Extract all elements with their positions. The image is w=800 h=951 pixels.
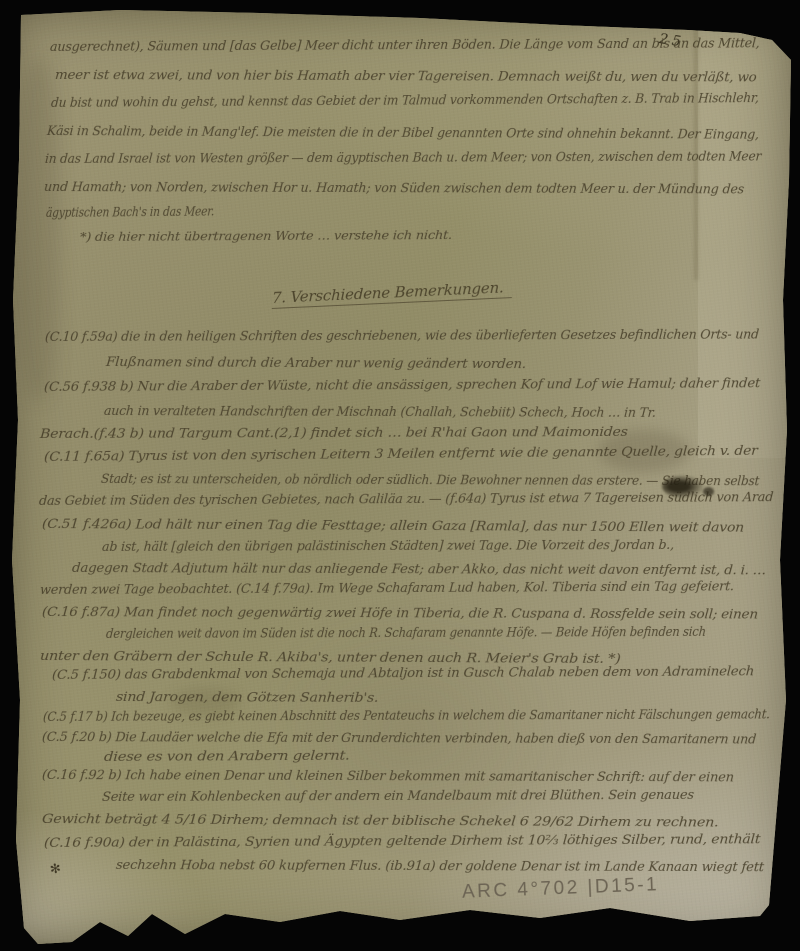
- manuscript-line: sind Jarogen, dem Götzen Sanherib's.: [115, 690, 401, 706]
- manuscript-line: Seite war ein Kohlenbecken auf der ander…: [102, 788, 694, 805]
- manuscript-line: Flußnamen sind durch die Araber nur weni…: [105, 355, 543, 372]
- manuscript-line: (C.16 f.92 b) Ich habe einen Denar und k…: [41, 768, 735, 785]
- manuscript-line: (C.5 f.17 b) Ich bezeuge, es giebt keine…: [43, 708, 703, 725]
- manuscript-line: Berach.(f.43 b) und Targum Cant.(2,1) fi…: [40, 425, 679, 442]
- manuscript-line: und Hamath; von Norden, zwischen Hor u. …: [43, 180, 706, 197]
- manuscript-line: das Gebiet im Süden des tyrischen Gebiet…: [39, 490, 761, 509]
- manuscript-line: ab ist, hält [gleich den übrigen palästi…: [102, 538, 658, 555]
- manuscript-line: du bist und wohin du gehst, und kennst d…: [51, 92, 694, 111]
- manuscript-line: (C.10 f.59a) die in den heiligen Schrift…: [45, 328, 737, 345]
- footnote-line: *) die hier nicht übertragenen Worte … v…: [80, 228, 476, 244]
- manuscript-line: (C.5 f.150) das Grabdenkmal von Schemaja…: [52, 664, 770, 683]
- manuscript-line: (C.56 f.938 b) Nur die Araber der Wüste,…: [44, 376, 776, 395]
- manuscript-line: dagegen Stadt Adjutum hält nur das anlie…: [71, 561, 785, 578]
- manuscript-line: Stadt; es ist zu unterscheiden, ob nördl…: [100, 472, 711, 489]
- catchword-mark: ✻: [49, 861, 62, 877]
- manuscript-line: Käsi in Schalim, beide in Mang'lef. Die …: [46, 124, 707, 142]
- manuscript-page: 25 ausgerechnet), Säumen und [das Gelbe]…: [0, 0, 800, 951]
- paper-mottling: [16, 60, 60, 400]
- manuscript-line: (C.11 f.65a) Tyrus ist von den syrischen…: [44, 443, 800, 465]
- section-heading: 7. Verschiedene Bemerkungen.: [272, 280, 512, 309]
- manuscript-line: (C.16 f.87a) Man findet noch gegenwärtig…: [41, 605, 787, 623]
- manuscript-line: ausgerechnet), Säumen und [das Gelbe] Me…: [50, 36, 722, 55]
- manuscript-line: auch in veralteten Handschriften der Mis…: [103, 404, 635, 421]
- manuscript-line: (C.5 f.20 b) Die Laudäer welche die Efa …: [41, 730, 739, 747]
- manuscript-line: in das Land Israel ist von Westen größer…: [45, 150, 696, 167]
- manuscript-line: werden zwei Tage beobachtet. (C.14 f.79a…: [40, 579, 724, 598]
- manuscript-line: sechzehn Hoba nebst 60 kupfernen Flus. (…: [115, 858, 771, 875]
- manuscript-line: (C.51 f.426a) Lod hält nur einen Tag die…: [41, 517, 798, 536]
- manuscript-line: meer ist etwa zwei, und von hier bis Ham…: [54, 68, 755, 85]
- manuscript-line: dergleichen weit davon im Süden ist die …: [106, 625, 640, 642]
- ink-blot: [703, 487, 714, 496]
- manuscript-line: diese es von den Arabern gelernt.: [104, 749, 384, 765]
- manuscript-line: (C.16 f.90a) der in Palästina, Syrien un…: [44, 832, 800, 851]
- ink-blot: [662, 475, 704, 498]
- archive-shelfmark-note: ARC 4°702 |D15-1: [462, 874, 660, 904]
- manuscript-line: Gewicht beträgt 4 5/16 Dirhem; demnach i…: [41, 812, 790, 831]
- manuscript-line: ägyptischen Bach's in das Meer.: [46, 205, 180, 221]
- photograph-background: 25 ausgerechnet), Säumen und [das Gelbe]…: [0, 0, 800, 951]
